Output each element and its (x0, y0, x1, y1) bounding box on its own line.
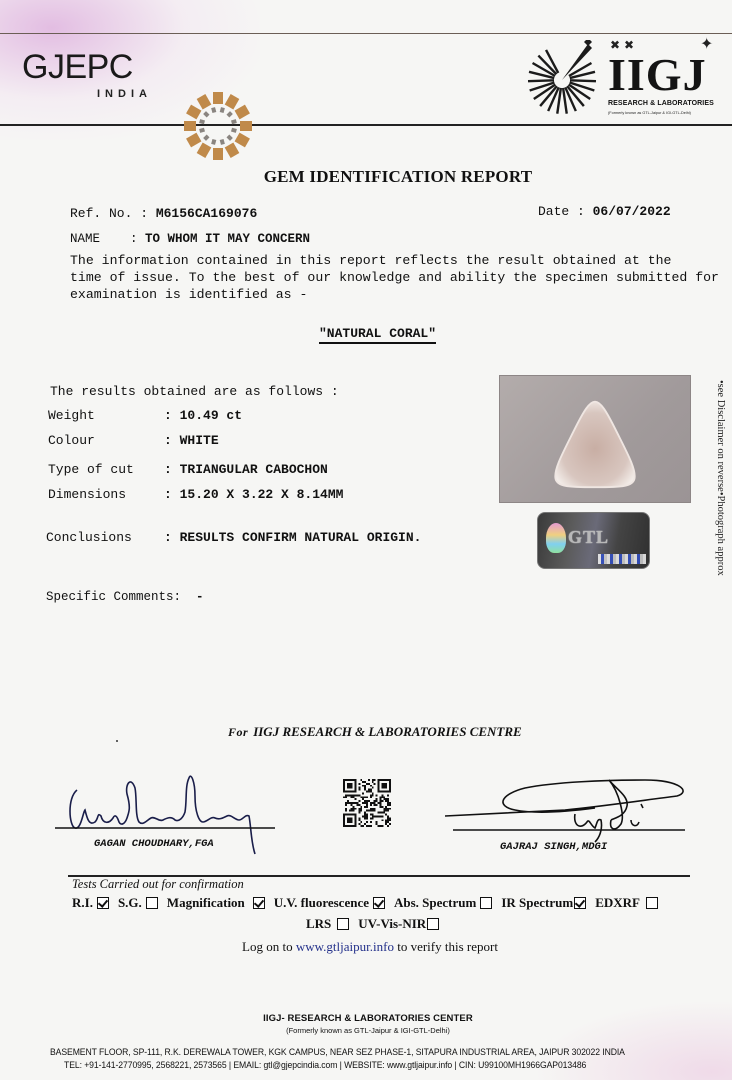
qr-code[interactable] (343, 778, 391, 828)
checkbox-sg[interactable] (146, 897, 158, 909)
test-uv-vis-nir: UV-Vis-NIR (358, 916, 439, 932)
result-value: : 15.20 X 3.22 X 8.14MM (164, 487, 343, 502)
gjepc-logo: GJEPC INDIA (22, 50, 133, 84)
conclusions-label: Conclusions (46, 530, 132, 545)
gjepc-wordmark: GJEPC (22, 50, 133, 84)
ref-label: Ref. No. (70, 206, 132, 221)
conclusions-value: : RESULTS CONFIRM NATURAL ORIGIN. (164, 530, 421, 545)
report-title: GEM IDENTIFICATION REPORT (264, 167, 533, 186)
footer-formerly: (Formerly known as GTL-Jaipur & IGI-GTL-… (286, 1026, 450, 1035)
verify-prefix: Log on to (242, 939, 293, 954)
signatory-right-name: GAJRAJ SINGH,MDGI (500, 841, 607, 853)
tests-row-1: R.I. S.G. Magnification U.V. fluorescenc… (72, 895, 667, 911)
checkbox-uv-vis-nir[interactable] (427, 918, 439, 930)
hologram-stripes (598, 554, 646, 564)
for-org-name: IIGJ RESEARCH & LABORATORIES CENTRE (253, 724, 522, 739)
checkbox-ri[interactable] (97, 897, 109, 909)
tests-title: Tests Carried out for confirmation (72, 877, 244, 892)
gem-image (548, 396, 642, 490)
name-row: NAME : TO WHOM IT MAY CONCERN (70, 232, 310, 246)
date-value: 06/07/2022 (593, 204, 671, 219)
verify-link[interactable]: www.gtljaipur.info (296, 939, 394, 954)
gem-photo (499, 375, 691, 503)
specific-comments-value: - (196, 590, 204, 604)
ref-value: M6156CA169076 (156, 206, 257, 221)
checkbox-ir-spectrum[interactable] (574, 897, 586, 909)
test-abs-spectrum: Abs. Spectrum (394, 895, 492, 911)
hologram-flower-icon (546, 523, 566, 553)
result-value: : 10.49 ct (164, 408, 242, 423)
checkbox-lrs[interactable] (337, 918, 349, 930)
specific-comments: Specific Comments: - (46, 590, 204, 604)
gjepc-subtext: INDIA (97, 88, 152, 100)
name-label: NAME (70, 232, 100, 246)
shooting-star-burst-icon (522, 40, 602, 120)
test-ir-spectrum: IR Spectrum (501, 895, 586, 911)
checkbox-uv-fluorescence[interactable] (373, 897, 385, 909)
result-value: : TRIANGULAR CABOCHON (164, 462, 328, 477)
result-label: Dimensions (48, 487, 126, 502)
disclaimer-side-note: •see Disclaimer on reverse•Photograph ap… (712, 380, 726, 590)
checkbox-edxrf[interactable] (646, 897, 658, 909)
tests-row-2: LRS UV-Vis-NIR (306, 916, 448, 932)
footer-org-wrap: IIGJ- RESEARCH & LABORATORIES CENTER (0, 1013, 732, 1024)
header-rule-bottom (0, 124, 732, 126)
name-value: TO WHOM IT MAY CONCERN (145, 232, 310, 246)
for-organisation: ForIIGJ RESEARCH & LABORATORIES CENTRE (228, 724, 522, 740)
verify-line: Log on to www.gtljaipur.info to verify t… (0, 939, 732, 955)
hologram-seal: GTL (537, 512, 650, 569)
intro-paragraph: The information contained in this report… (70, 252, 725, 303)
report-date: Date : 06/07/2022 (538, 204, 671, 219)
identified-gem: "NATURAL CORAL" (319, 326, 436, 344)
iigj-wordmark: IIGJ (608, 52, 707, 98)
iigj-logo: ✖✖ ✦ IIGJ RESEARCH & LABORATORIES (Forme… (522, 36, 722, 122)
results-heading: The results obtained are as follows : (50, 384, 339, 399)
scan-dot (116, 740, 118, 742)
header-rule-top (0, 33, 732, 34)
result-value: : WHITE (164, 433, 219, 448)
result-label: Type of cut (48, 462, 134, 477)
result-label: Colour (48, 433, 95, 448)
test-ri: R.I. (72, 895, 109, 911)
hologram-text: GTL (568, 527, 609, 548)
test-edxrf: EDXRF (595, 895, 658, 911)
footer-org: IIGJ- RESEARCH & LABORATORIES CENTER (263, 1013, 473, 1024)
sunburst-emblem-icon (182, 90, 254, 162)
signatory-left-name: GAGAN CHOUDHARY,FGA (94, 838, 214, 850)
footer-contact: TEL: +91-141-2770995, 2568221, 2573565 |… (64, 1060, 586, 1070)
footer-address: BASEMENT FLOOR, SP-111, R.K. DEREWALA TO… (50, 1047, 625, 1057)
iigj-subtitle: RESEARCH & LABORATORIES (608, 100, 714, 107)
result-label: Weight (48, 408, 95, 423)
for-prefix: For (228, 725, 248, 739)
iigj-formerly: (Formerly known as GTL-Jaipur & IGI-GTL-… (608, 111, 691, 115)
verify-suffix: to verify this report (397, 939, 498, 954)
date-label: Date (538, 204, 569, 219)
footer-formerly-wrap: (Formerly known as GTL-Jaipur & IGI-GTL-… (0, 1026, 732, 1035)
checkbox-magnification[interactable] (253, 897, 265, 909)
test-magnification: Magnification (167, 895, 265, 911)
report-title-wrap: GEM IDENTIFICATION REPORT (0, 167, 732, 187)
test-sg: S.G. (118, 895, 158, 911)
test-uv-fluorescence: U.V. fluorescence (274, 895, 385, 911)
specific-comments-label: Specific Comments: (46, 590, 181, 604)
checkbox-abs-spectrum[interactable] (480, 897, 492, 909)
test-lrs: LRS (306, 916, 349, 932)
ref-number: Ref. No. : M6156CA169076 (70, 206, 257, 221)
